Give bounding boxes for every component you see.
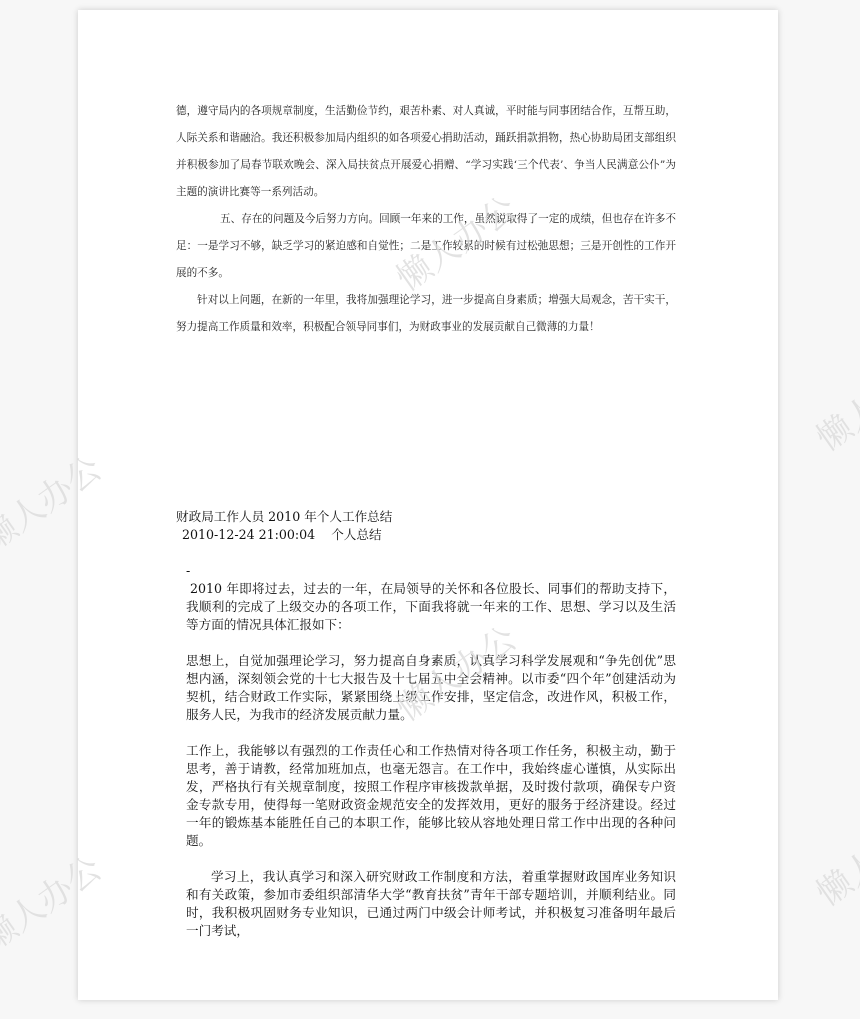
paragraph-thought: 思想上，自觉加强理论学习，努力提高自身素质，认真学习科学发展观和“争先创优”思想… [186, 652, 676, 724]
article-date: 2010-12-24 21:00:04 [182, 527, 315, 542]
paragraph-problems: 五、存在的问题及今后努力方向。回顾一年来的工作，虽然说取得了一定的成绩，但也存在… [176, 206, 676, 287]
paragraph-gap [186, 850, 676, 868]
paragraph-work: 工作上，我能够以有强烈的工作责任心和工作热情对待各项工作任务，积极主动，勤于思考… [186, 742, 676, 850]
article-meta: 2010-12-24 21:00:04 个人总结 [176, 526, 676, 544]
paragraph-gap [186, 634, 676, 652]
article-title: 财政局工作人员 2010 年个人工作总结 [176, 508, 676, 526]
document-page: 德，遵守局内的各项规章制度，生活勤俭节约，艰苦朴素、对人真诚，平时能与同事团结合… [78, 10, 778, 1000]
paragraph-gap [186, 724, 676, 742]
article-category: 个人总结 [331, 527, 381, 542]
paragraph-conduct: 德，遵守局内的各项规章制度，生活勤俭节约，艰苦朴素、对人真诚，平时能与同事团结合… [176, 98, 676, 206]
watermark: 懒人办公 [805, 797, 860, 915]
paragraph-study: 学习上，我认真学习和深入研究财政工作制度和方法，着重掌握财政国库业务知识和有关政… [186, 868, 676, 940]
separator: - [176, 562, 676, 580]
article-section: 财政局工作人员 2010 年个人工作总结 2010-12-24 21:00:04… [176, 508, 676, 940]
paragraph-plans: 针对以上问题，在新的一年里，我将加强理论学习，进一步提高自身素质；增强大局观念，… [176, 287, 676, 341]
previous-summary-section: 德，遵守局内的各项规章制度，生活勤俭节约，艰苦朴素、对人真诚，平时能与同事团结合… [176, 98, 676, 341]
article-body: 2010 年即将过去，过去的一年，在局领导的关怀和各位股长、同事们的帮助支持下，… [186, 580, 676, 940]
paragraph-intro: 2010 年即将过去，过去的一年，在局领导的关怀和各位股长、同事们的帮助支持下，… [186, 580, 676, 634]
watermark: 懒人办公 [805, 342, 860, 460]
page-content: 德，遵守局内的各项规章制度，生活勤俭节约，艰苦朴素、对人真诚，平时能与同事团结合… [78, 10, 778, 1000]
